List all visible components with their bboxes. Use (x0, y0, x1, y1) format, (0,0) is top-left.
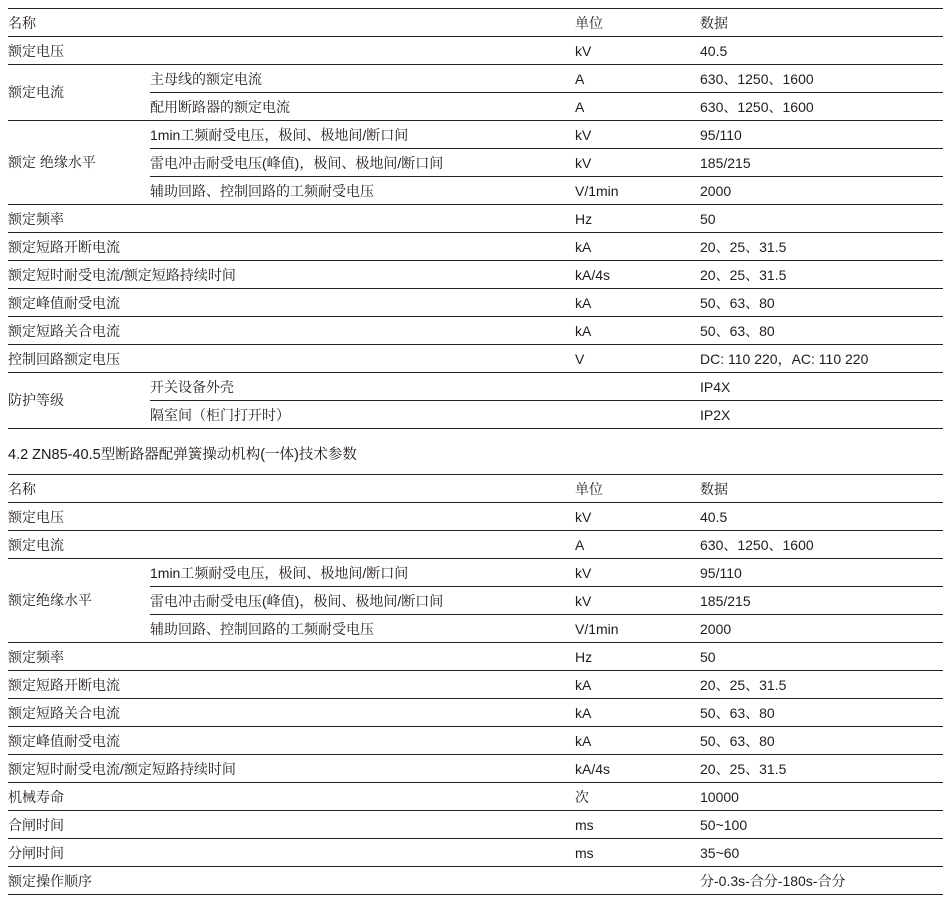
name-cell: 额定电压 (8, 37, 575, 65)
table-row: 额定短路关合电流kA50、63、80 (8, 699, 943, 727)
data-cell: 50、63、80 (700, 317, 943, 345)
unit-cell: kA/4s (575, 261, 700, 289)
data-cell: IP2X (700, 401, 943, 429)
data-cell: 185/215 (700, 149, 943, 177)
table-row: 机械寿命次10000 (8, 783, 943, 811)
table-row: 额定电压kV40.5 (8, 503, 943, 531)
name-cell: 额定短路关合电流 (8, 317, 575, 345)
name-cell: 额定峰值耐受电流 (8, 727, 575, 755)
unit-cell: A (575, 531, 700, 559)
name-cell: 额定短路开断电流 (8, 233, 575, 261)
data-cell: 50 (700, 205, 943, 233)
table-row: 额定频率Hz50 (8, 643, 943, 671)
sub-name-cell: 开关设备外壳 (150, 373, 575, 401)
unit-cell: ms (575, 839, 700, 867)
section-title: 4.2 ZN85-40.5型断路器配弹簧操动机构(一体)技术参数 (8, 443, 952, 464)
unit-cell: Hz (575, 205, 700, 233)
header-row: 名称单位数据 (8, 9, 943, 37)
data-cell: 10000 (700, 783, 943, 811)
name-cell: 机械寿命 (8, 783, 575, 811)
table-row: 控制回路额定电压VDC: 110 220，AC: 110 220 (8, 345, 943, 373)
unit-cell: 次 (575, 783, 700, 811)
table-row: 额定短路开断电流kA20、25、31.5 (8, 671, 943, 699)
data-cell: 40.5 (700, 503, 943, 531)
group-name-cell: 防护等级 (8, 373, 150, 429)
data-cell: IP4X (700, 373, 943, 401)
unit-cell: kV (575, 587, 700, 615)
data-cell: 分-0.3s-合分-180s-合分 (700, 867, 943, 895)
unit-cell: kA/4s (575, 755, 700, 783)
sub-name-cell: 隔室间（柜门打开时） (150, 401, 575, 429)
name-cell: 额定频率 (8, 205, 575, 233)
table-row: 合闸时间ms50~100 (8, 811, 943, 839)
table-row: 额定电流主母线的额定电流A630、1250、1600 (8, 65, 943, 93)
table-row: 分闸时间ms35~60 (8, 839, 943, 867)
unit-cell: kA (575, 289, 700, 317)
col-header-unit: 单位 (575, 475, 700, 503)
group-name-cell: 额定绝缘水平 (8, 559, 150, 643)
name-cell: 合闸时间 (8, 811, 575, 839)
unit-cell: kV (575, 503, 700, 531)
table-row: 额定短路开断电流kA20、25、31.5 (8, 233, 943, 261)
name-cell: 额定峰值耐受电流 (8, 289, 575, 317)
col-header-data: 数据 (700, 475, 943, 503)
data-cell: 50、63、80 (700, 289, 943, 317)
table-row: 额定操作顺序分-0.3s-合分-180s-合分 (8, 867, 943, 895)
name-cell: 控制回路额定电压 (8, 345, 575, 373)
unit-cell: V/1min (575, 177, 700, 205)
unit-cell: ms (575, 811, 700, 839)
name-cell: 额定电压 (8, 503, 575, 531)
table-row: 额定短时耐受电流/额定短路持续时间kA/4s20、25、31.5 (8, 755, 943, 783)
table-row: 额定电流A630、1250、1600 (8, 531, 943, 559)
data-cell: 95/110 (700, 559, 943, 587)
name-cell: 额定短时耐受电流/额定短路持续时间 (8, 755, 575, 783)
data-cell: 50 (700, 643, 943, 671)
col-header-name: 名称 (8, 475, 575, 503)
unit-cell (575, 867, 700, 895)
table-row: 额定电压kV40.5 (8, 37, 943, 65)
sub-name-cell: 1min工频耐受电压，极间、极地间/断口间 (150, 121, 575, 149)
sub-name-cell: 雷电冲击耐受电压(峰值)，极间、极地间/断口间 (150, 587, 575, 615)
unit-cell: A (575, 93, 700, 121)
table-row: 额定峰值耐受电流kA50、63、80 (8, 289, 943, 317)
name-cell: 额定电流 (8, 531, 575, 559)
unit-cell: kV (575, 149, 700, 177)
unit-cell: kA (575, 233, 700, 261)
data-cell: 20、25、31.5 (700, 233, 943, 261)
unit-cell: kA (575, 699, 700, 727)
data-cell: 50、63、80 (700, 727, 943, 755)
data-cell: 20、25、31.5 (700, 671, 943, 699)
data-cell: 50~100 (700, 811, 943, 839)
col-header-data: 数据 (700, 9, 943, 37)
unit-cell: kA (575, 727, 700, 755)
data-cell: 630、1250、1600 (700, 65, 943, 93)
name-cell: 分闸时间 (8, 839, 575, 867)
spec-table-1: 名称单位数据额定电压kV40.5额定电流主母线的额定电流A630、1250、16… (8, 8, 943, 429)
data-cell: 35~60 (700, 839, 943, 867)
sub-name-cell: 配用断路器的额定电流 (150, 93, 575, 121)
col-header-unit: 单位 (575, 9, 700, 37)
data-cell: 2000 (700, 615, 943, 643)
unit-cell: V (575, 345, 700, 373)
data-cell: 40.5 (700, 37, 943, 65)
name-cell: 额定短时耐受电流/额定短路持续时间 (8, 261, 575, 289)
group-name-cell: 额定电流 (8, 65, 150, 121)
name-cell: 额定操作顺序 (8, 867, 575, 895)
unit-cell: kV (575, 37, 700, 65)
table-row: 额定短路关合电流kA50、63、80 (8, 317, 943, 345)
unit-cell: kV (575, 121, 700, 149)
data-cell: 20、25、31.5 (700, 261, 943, 289)
document-page: 名称单位数据额定电压kV40.5额定电流主母线的额定电流A630、1250、16… (0, 0, 952, 895)
data-cell: 20、25、31.5 (700, 755, 943, 783)
unit-cell (575, 373, 700, 401)
table-row: 额定绝缘水平1min工频耐受电压，极间、极地间/断口间kV95/110 (8, 559, 943, 587)
unit-cell: kA (575, 671, 700, 699)
spec-table-2: 名称单位数据额定电压kV40.5额定电流A630、1250、1600额定绝缘水平… (8, 474, 943, 895)
data-cell: 50、63、80 (700, 699, 943, 727)
group-name-cell: 额定 绝缘水平 (8, 121, 150, 205)
sub-name-cell: 1min工频耐受电压，极间、极地间/断口间 (150, 559, 575, 587)
data-cell: 630、1250、1600 (700, 531, 943, 559)
table-row: 额定短时耐受电流/额定短路持续时间kA/4s20、25、31.5 (8, 261, 943, 289)
unit-cell: A (575, 65, 700, 93)
unit-cell: kA (575, 317, 700, 345)
data-cell: 185/215 (700, 587, 943, 615)
data-cell: 630、1250、1600 (700, 93, 943, 121)
sub-name-cell: 辅助回路、控制回路的工频耐受电压 (150, 177, 575, 205)
header-row: 名称单位数据 (8, 475, 943, 503)
sub-name-cell: 主母线的额定电流 (150, 65, 575, 93)
sub-name-cell: 辅助回路、控制回路的工频耐受电压 (150, 615, 575, 643)
table-row: 额定频率Hz50 (8, 205, 943, 233)
name-cell: 额定频率 (8, 643, 575, 671)
data-cell: 2000 (700, 177, 943, 205)
table-row: 防护等级开关设备外壳IP4X (8, 373, 943, 401)
data-cell: DC: 110 220，AC: 110 220 (700, 345, 943, 373)
unit-cell: V/1min (575, 615, 700, 643)
sub-name-cell: 雷电冲击耐受电压(峰值)，极间、极地间/断口间 (150, 149, 575, 177)
unit-cell: Hz (575, 643, 700, 671)
table-row: 额定峰值耐受电流kA50、63、80 (8, 727, 943, 755)
unit-cell: kV (575, 559, 700, 587)
unit-cell (575, 401, 700, 429)
data-cell: 95/110 (700, 121, 943, 149)
name-cell: 额定短路关合电流 (8, 699, 575, 727)
table-row: 额定 绝缘水平1min工频耐受电压，极间、极地间/断口间kV95/110 (8, 121, 943, 149)
col-header-name: 名称 (8, 9, 575, 37)
name-cell: 额定短路开断电流 (8, 671, 575, 699)
